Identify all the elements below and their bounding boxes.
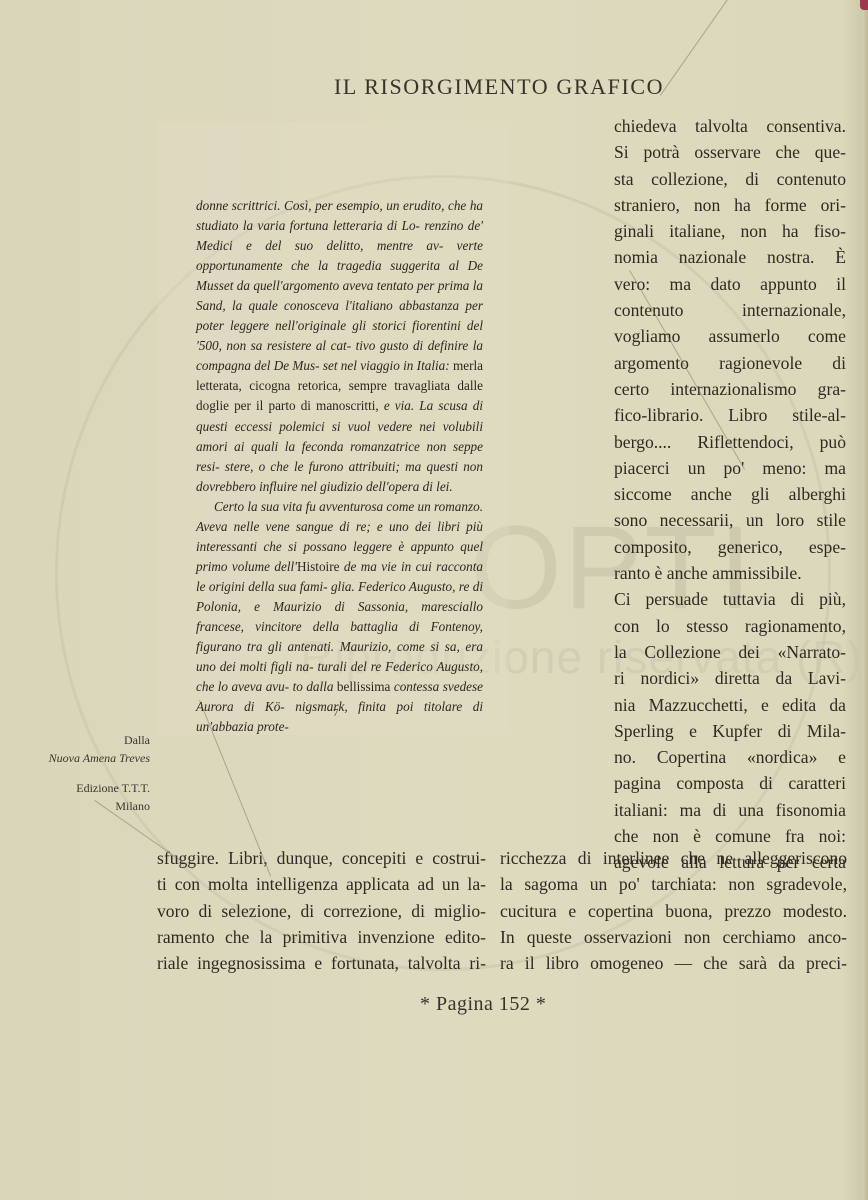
bottom-left-column-text: sfuggire. Libri, dunque, concepiti e cos… (157, 845, 486, 976)
caption-city: Milano (20, 797, 150, 815)
page-edge (862, 0, 868, 1200)
bottom-right-column-text: ricchezza di interlinee che ne alleggeri… (500, 845, 847, 976)
corner-mark (860, 0, 868, 10)
page-folio: * Pagina 152 * (420, 993, 546, 1016)
right-column-text: chiedeva talvolta consentiva. Si potrà o… (614, 113, 846, 876)
inset-paragraph-2: Certo la sua vita fu avventurosa come un… (196, 497, 483, 738)
caption-series-title: Nuova Amena Treves (20, 749, 150, 767)
image-caption: Dalla Nuova Amena Treves Edizione T.T.T.… (20, 731, 150, 815)
inset-page-number: 7 (333, 707, 339, 719)
running-title: IL RISORGIMENTO GRAFICO (334, 74, 664, 100)
caption-publisher: Edizione T.T.T. (20, 779, 150, 797)
caption-source-prefix: Dalla (20, 731, 150, 749)
inset-paragraph-1: donne scrittrici. Così, per esempio, un … (196, 196, 483, 497)
inset-page-text: donne scrittrici. Così, per esempio, un … (196, 196, 483, 737)
